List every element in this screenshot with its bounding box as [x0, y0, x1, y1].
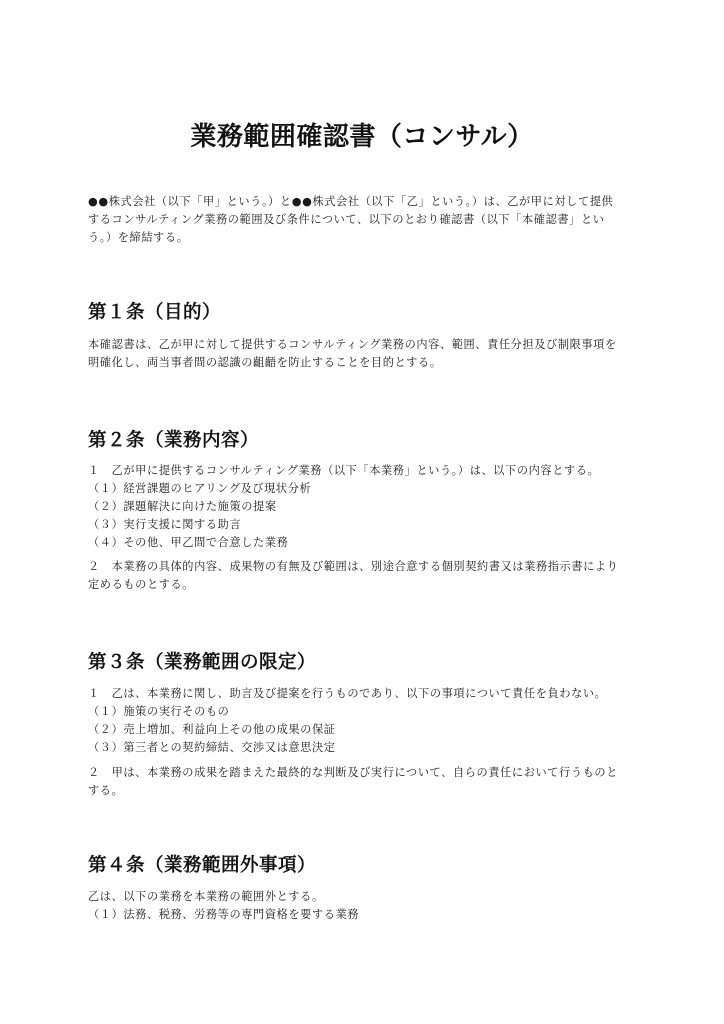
clause-line: ２ 本業務の具体的内容、成果物の有無及び範囲は、別途合意する個別契約書又は業務指… — [88, 558, 636, 576]
article-3-heading: 第３条（業務範囲の限定） — [88, 648, 316, 674]
preamble-paragraph: ●●株式会社（以下「甲」という。）と●●株式会社（以下「乙」という。）は、乙が甲… — [88, 193, 636, 247]
document-title: 業務範囲確認書（コンサル） — [0, 116, 724, 153]
article-2-clause-2: ２ 本業務の具体的内容、成果物の有無及び範囲は、別途合意する個別契約書又は業務指… — [88, 558, 636, 594]
list-item: （２）売上増加、利益向上その他の成果の保証 — [88, 721, 636, 739]
list-item: （１）法務、税務、労務等の専門資格を要する業務 — [88, 906, 636, 924]
article-2-heading: 第２条（業務内容） — [88, 426, 259, 452]
list-item: （２）課題解決に向けた施策の提案 — [88, 498, 636, 516]
list-item: （１）施策の実行そのもの — [88, 703, 636, 721]
article-1-heading: 第１条（目的） — [88, 298, 221, 324]
article-1-body: 本確認書は、乙が甲に対して提供するコンサルティング業務の内容、範囲、責任分担及び… — [88, 336, 636, 372]
clause-line: 定めるものとする。 — [88, 576, 636, 594]
article-3-clause-2: ２ 甲は、本業務の成果を踏まえた最終的な判断及び実行について、自らの責任において… — [88, 764, 636, 800]
list-item: （４）その他、甲乙間で合意した業務 — [88, 534, 636, 552]
article-2-clause-1: １ 乙が甲に提供するコンサルティング業務（以下「本業務」という。）は、以下の内容… — [88, 462, 636, 552]
preamble-line: う。）を締結する。 — [88, 229, 636, 247]
preamble-line: するコンサルティング業務の範囲及び条件について、以下のとおり確認書（以下「本確認… — [88, 211, 636, 229]
clause-line: １ 乙が甲に提供するコンサルティング業務（以下「本業務」という。）は、以下の内容… — [88, 462, 636, 480]
list-item: （３）第三者との契約締結、交渉又は意思決定 — [88, 739, 636, 757]
list-item: （１）経営課題のヒアリング及び現状分析 — [88, 480, 636, 498]
body-line: 乙は、以下の業務を本業務の範囲外とする。 — [88, 888, 636, 906]
article-3-clause-1: １ 乙は、本業務に関し、助言及び提案を行うものであり、以下の事項について責任を負… — [88, 685, 636, 757]
document-page: 業務範囲確認書（コンサル） ●●株式会社（以下「甲」という。）と●●株式会社（以… — [0, 0, 724, 1024]
clause-line: ２ 甲は、本業務の成果を踏まえた最終的な判断及び実行について、自らの責任において… — [88, 764, 636, 782]
article-4-heading: 第４条（業務範囲外事項） — [88, 851, 316, 877]
body-line: 明確化し、両当事者間の認識の齟齬を防止することを目的とする。 — [88, 354, 636, 372]
clause-line: １ 乙は、本業務に関し、助言及び提案を行うものであり、以下の事項について責任を負… — [88, 685, 636, 703]
article-4-body: 乙は、以下の業務を本業務の範囲外とする。 （１）法務、税務、労務等の専門資格を要… — [88, 888, 636, 924]
body-line: 本確認書は、乙が甲に対して提供するコンサルティング業務の内容、範囲、責任分担及び… — [88, 336, 636, 354]
list-item: （３）実行支援に関する助言 — [88, 516, 636, 534]
clause-line: する。 — [88, 782, 636, 800]
preamble-line: ●●株式会社（以下「甲」という。）と●●株式会社（以下「乙」という。）は、乙が甲… — [88, 193, 636, 211]
